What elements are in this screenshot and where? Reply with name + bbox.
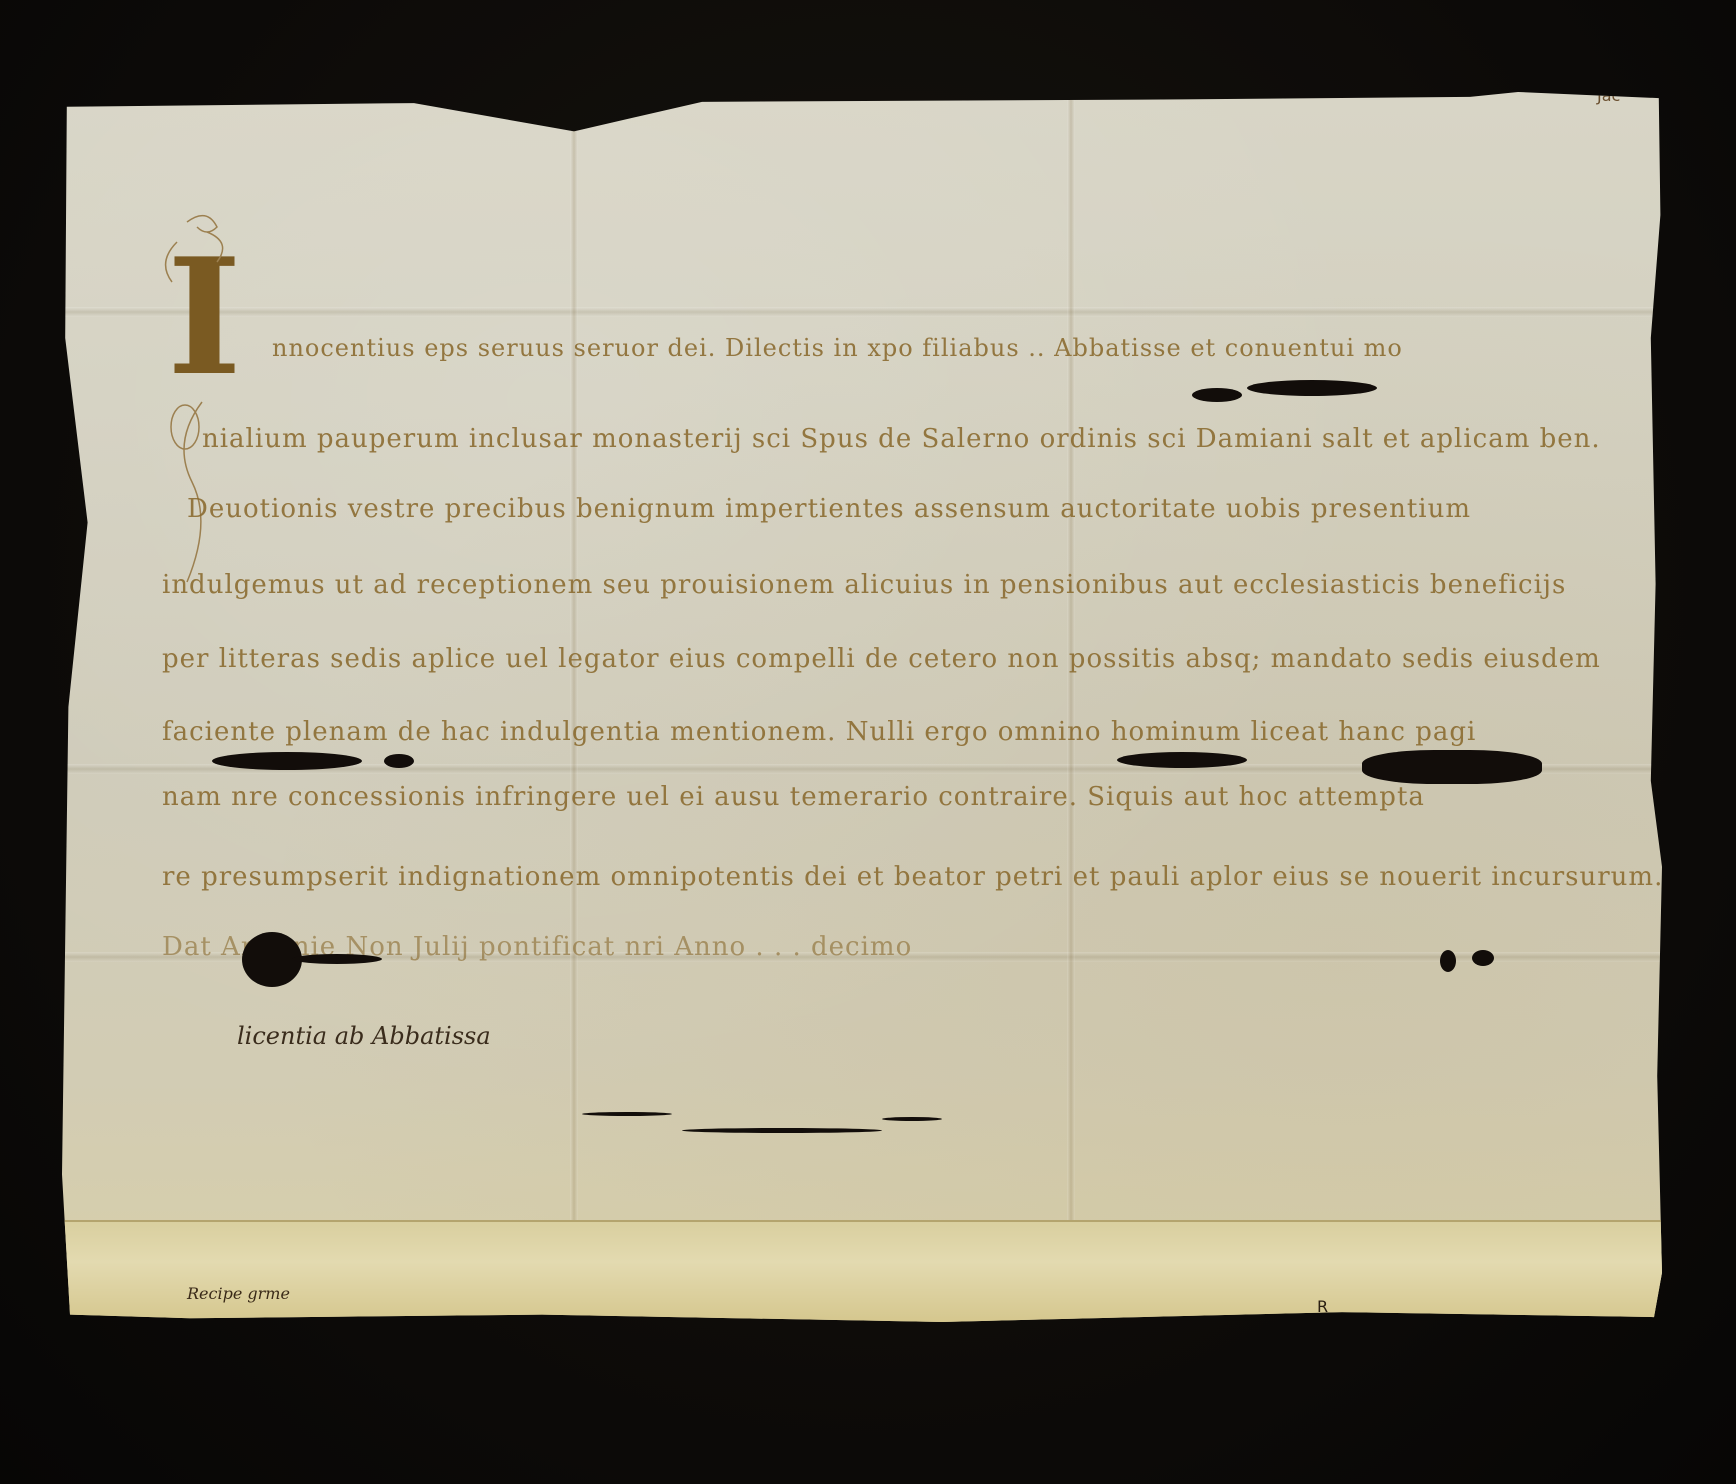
damage-hole [1247, 380, 1377, 396]
text-line-7: nam nre concessionis infringere uel ei a… [162, 782, 1425, 812]
chancery-note: licentia ab Abbatissa [237, 1022, 491, 1050]
plica-fold: Recipe grme R [62, 1220, 1662, 1322]
damage-hole [1362, 750, 1542, 784]
text-line-2: nialium pauperum inclusar monasterij sci… [202, 424, 1601, 454]
horizontal-fold [62, 307, 1662, 317]
plica-note: Recipe grme [187, 1284, 290, 1303]
text-line-1: nnocentius eps seruus seruor dei. Dilect… [272, 334, 1403, 362]
damage-hole [1472, 950, 1494, 966]
vertical-fold [570, 92, 578, 1322]
initial-flourish-icon [147, 202, 257, 602]
damage-hole [1440, 950, 1456, 972]
parchment-sheet: Recipe grme R I nnocentius eps seruus se… [62, 92, 1662, 1322]
text-line-4: indulgemus ut ad receptionem seu prouisi… [162, 570, 1566, 600]
damage-hole [292, 954, 382, 964]
damage-hole [212, 752, 362, 770]
text-line-3: Deuotionis vestre precibus benignum impe… [187, 494, 1471, 524]
text-line-5: per litteras sedis aplice uel legator ei… [162, 644, 1601, 674]
damage-hole [384, 754, 414, 768]
vertical-fold [1067, 92, 1075, 1322]
slit [682, 1128, 882, 1133]
text-line-8: re presumpserit indignationem omnipotent… [162, 862, 1663, 892]
damage-hole [1192, 388, 1242, 402]
slit [582, 1112, 672, 1116]
text-line-6: faciente plenam de hac indulgentia menti… [162, 717, 1476, 747]
damage-hole [1117, 752, 1247, 768]
slit [882, 1117, 942, 1121]
